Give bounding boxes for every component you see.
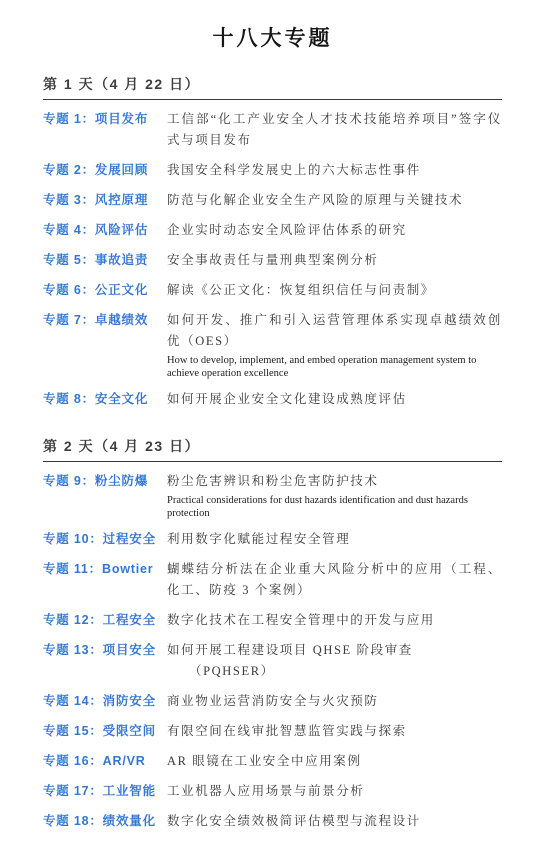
topic-label: 专题 13：项目安全 xyxy=(43,640,167,661)
topic-label: 专题 14：消防安全 xyxy=(43,691,167,712)
topic-description: 工信部“化工产业安全人才技术技能培养项目”签字仪式与项目发布 xyxy=(167,109,502,151)
topic-row: 专题 8：安全文化 如何开展企业安全文化建设成熟度评估 xyxy=(43,389,502,410)
topic-label: 专题 12：工程安全 xyxy=(43,610,167,631)
topic-label: 专题 7：卓越绩效 xyxy=(43,310,167,331)
topic-label: 专题 9：粉尘防爆 xyxy=(43,471,167,492)
topic-description-zh: 粉尘危害辨识和粉尘危害防护技术 xyxy=(167,474,379,488)
topic-label: 专题 10：过程安全 xyxy=(43,529,167,550)
topic-row: 专题 10：过程安全 利用数字化赋能过程安全管理 xyxy=(43,529,502,550)
topic-row: 专题 15：受限空间 有限空间在线审批智慧监管实践与探索 xyxy=(43,721,502,742)
topic-row: 专题 14：消防安全 商业物业运营消防安全与火灾预防 xyxy=(43,691,502,712)
topic-row: 专题 7：卓越绩效 如何开发、推广和引入运营管理体系实现卓越绩效创优（OES） … xyxy=(43,310,502,380)
topic-description: 如何开展企业安全文化建设成熟度评估 xyxy=(167,389,502,410)
topic-description: 工业机器人应用场景与前景分析 xyxy=(167,781,502,802)
topic-description: 防范与化解企业安全生产风险的原理与关键技术 xyxy=(167,190,502,211)
topic-description: 数字化技术在工程安全管理中的开发与应用 xyxy=(167,610,502,631)
day-1-header: 第 1 天（4 月 22 日） xyxy=(43,74,502,100)
topic-label: 专题 16：AR/VR xyxy=(43,751,167,772)
topic-row: 专题 6：公正文化 解读《公正文化：恢复组织信任与问责制》 xyxy=(43,280,502,301)
topic-row: 专题 1：项目发布 工信部“化工产业安全人才技术技能培养项目”签字仪式与项目发布 xyxy=(43,109,502,151)
topic-row: 专题 16：AR/VR AR 眼镜在工业安全中应用案例 xyxy=(43,751,502,772)
topic-row: 专题 17：工业智能 工业机器人应用场景与前景分析 xyxy=(43,781,502,802)
topic-description-line2: （PQHSER） xyxy=(167,661,502,682)
topic-description-en: How to develop, implement, and embed ope… xyxy=(167,354,502,380)
topic-description-en: Practical considerations for dust hazard… xyxy=(167,494,502,520)
topic-label: 专题 6：公正文化 xyxy=(43,280,167,301)
topic-description: 数字化安全绩效极简评估模型与流程设计 xyxy=(167,811,502,832)
topic-label: 专题 2：发展回顾 xyxy=(43,160,167,181)
topic-label: 专题 4：风险评估 xyxy=(43,220,167,241)
topic-label: 专题 8：安全文化 xyxy=(43,389,167,410)
topic-label: 专题 17：工业智能 xyxy=(43,781,167,802)
page-title: 十八大专题 xyxy=(43,22,502,52)
topic-label: 专题 5：事故追责 xyxy=(43,250,167,271)
topic-label: 专题 1：项目发布 xyxy=(43,109,167,130)
topic-description: 商业物业运营消防安全与火灾预防 xyxy=(167,691,502,712)
topic-label: 专题 18：绩效量化 xyxy=(43,811,167,832)
document-page: 十八大专题 第 1 天（4 月 22 日） 专题 1：项目发布 工信部“化工产业… xyxy=(0,0,542,850)
day-2-header: 第 2 天（4 月 23 日） xyxy=(43,436,502,462)
topic-row: 专题 4：风险评估 企业实时动态安全风险评估体系的研究 xyxy=(43,220,502,241)
topic-row: 专题 2：发展回顾 我国安全科学发展史上的六大标志性事件 xyxy=(43,160,502,181)
topic-row: 专题 18：绩效量化 数字化安全绩效极简评估模型与流程设计 xyxy=(43,811,502,832)
day-1-section: 第 1 天（4 月 22 日） 专题 1：项目发布 工信部“化工产业安全人才技术… xyxy=(43,74,502,410)
topic-description-zh: 如何开发、推广和引入运营管理体系实现卓越绩效创优（OES） xyxy=(167,313,502,348)
topic-label: 专题 3：风控原理 xyxy=(43,190,167,211)
topic-description: 我国安全科学发展史上的六大标志性事件 xyxy=(167,160,502,181)
topic-description: 企业实时动态安全风险评估体系的研究 xyxy=(167,220,502,241)
topic-description: 粉尘危害辨识和粉尘危害防护技术 Practical considerations… xyxy=(167,471,502,520)
topic-description: 解读《公正文化：恢复组织信任与问责制》 xyxy=(167,280,502,301)
topic-description: 蝴蝶结分析法在企业重大风险分析中的应用（工程、化工、防疫 3 个案例） xyxy=(167,559,502,601)
topic-label: 专题 11：Bowtier xyxy=(43,559,167,580)
topic-description: AR 眼镜在工业安全中应用案例 xyxy=(167,751,502,772)
topic-row: 专题 5：事故追责 安全事故责任与量刑典型案例分析 xyxy=(43,250,502,271)
topic-description: 安全事故责任与量刑典型案例分析 xyxy=(167,250,502,271)
topic-row: 专题 3：风控原理 防范与化解企业安全生产风险的原理与关键技术 xyxy=(43,190,502,211)
topic-description: 如何开发、推广和引入运营管理体系实现卓越绩效创优（OES） How to dev… xyxy=(167,310,502,380)
topic-label: 专题 15：受限空间 xyxy=(43,721,167,742)
topic-row: 专题 11：Bowtier 蝴蝶结分析法在企业重大风险分析中的应用（工程、化工、… xyxy=(43,559,502,601)
topic-row: 专题 9：粉尘防爆 粉尘危害辨识和粉尘危害防护技术 Practical cons… xyxy=(43,471,502,520)
topic-description: 有限空间在线审批智慧监管实践与探索 xyxy=(167,721,502,742)
topic-description: 如何开展工程建设项目 QHSE 阶段审查 （PQHSER） xyxy=(167,640,502,682)
topic-description-zh: 如何开展工程建设项目 QHSE 阶段审查 xyxy=(167,643,413,657)
day-2-section: 第 2 天（4 月 23 日） 专题 9：粉尘防爆 粉尘危害辨识和粉尘危害防护技… xyxy=(43,436,502,832)
topic-row: 专题 13：项目安全 如何开展工程建设项目 QHSE 阶段审查 （PQHSER） xyxy=(43,640,502,682)
topic-description: 利用数字化赋能过程安全管理 xyxy=(167,529,502,550)
topic-row: 专题 12：工程安全 数字化技术在工程安全管理中的开发与应用 xyxy=(43,610,502,631)
